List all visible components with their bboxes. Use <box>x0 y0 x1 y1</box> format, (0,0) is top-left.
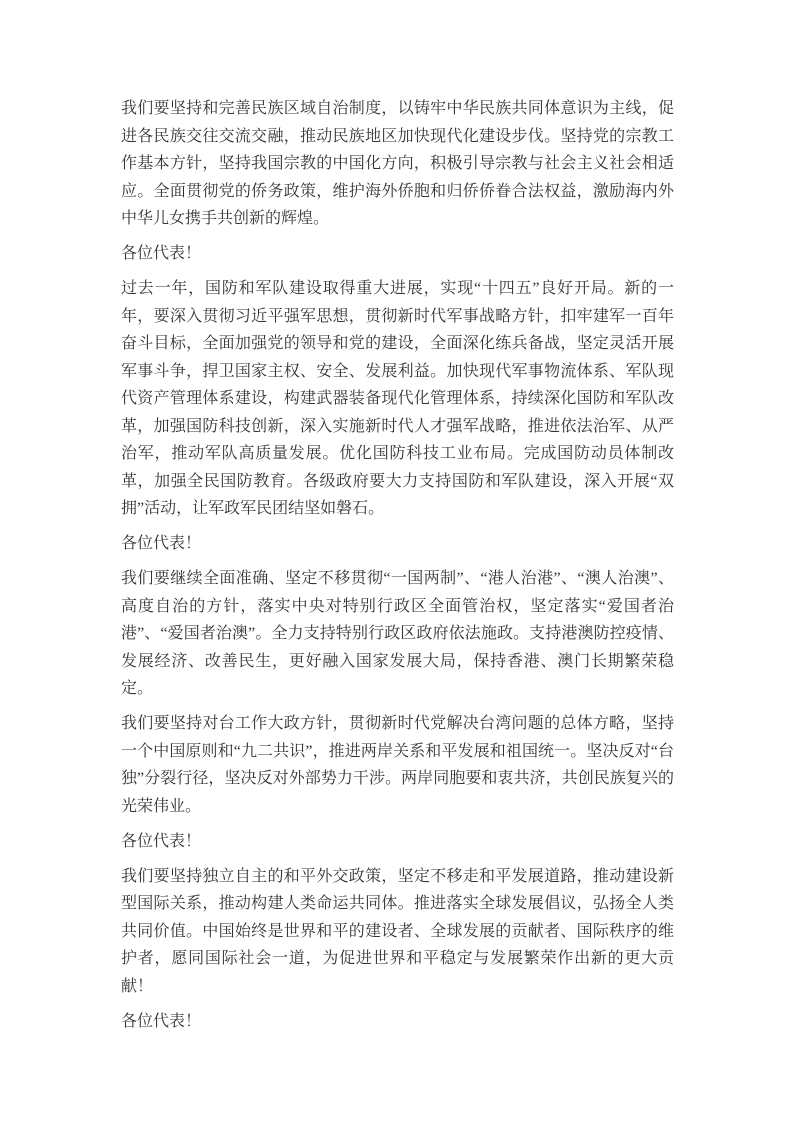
salutation-deputies-1: 各位代表！ <box>121 240 674 268</box>
salutation-deputies-3: 各位代表！ <box>121 828 674 856</box>
paragraph-ethnic-religious-overseas-policy: 我们要坚持和完善民族区域自治制度，以铸牢中华民族共同体意识为主线，促进各民族交往… <box>121 95 674 233</box>
paragraph-foreign-policy: 我们要坚持独立自主的和平外交政策，坚定不移走和平发展道路，推动建设新型国际关系，… <box>121 863 674 1001</box>
paragraph-national-defense-military: 过去一年，国防和军队建设取得重大进展，实现“十四五”良好开局。新的一年，要深入贯… <box>121 275 674 523</box>
document-page: 我们要坚持和完善民族区域自治制度，以铸牢中华民族共同体意识为主线，促进各民族交往… <box>0 0 793 1122</box>
paragraph-taiwan-policy: 我们要坚持对台工作大政方针，贯彻新时代党解决台湾问题的总体方略，坚持一个中国原则… <box>121 710 674 820</box>
document-body: 我们要坚持和完善民族区域自治制度，以铸牢中华民族共同体意识为主线，促进各民族交往… <box>121 95 674 1043</box>
paragraph-hongkong-macao-policy: 我们要继续全面准确、坚定不移贯彻“一国两制”、“港人治港”、“澳人治澳”、高度自… <box>121 565 674 703</box>
salutation-deputies-4: 各位代表！ <box>121 1008 674 1036</box>
salutation-deputies-2: 各位代表！ <box>121 530 674 558</box>
